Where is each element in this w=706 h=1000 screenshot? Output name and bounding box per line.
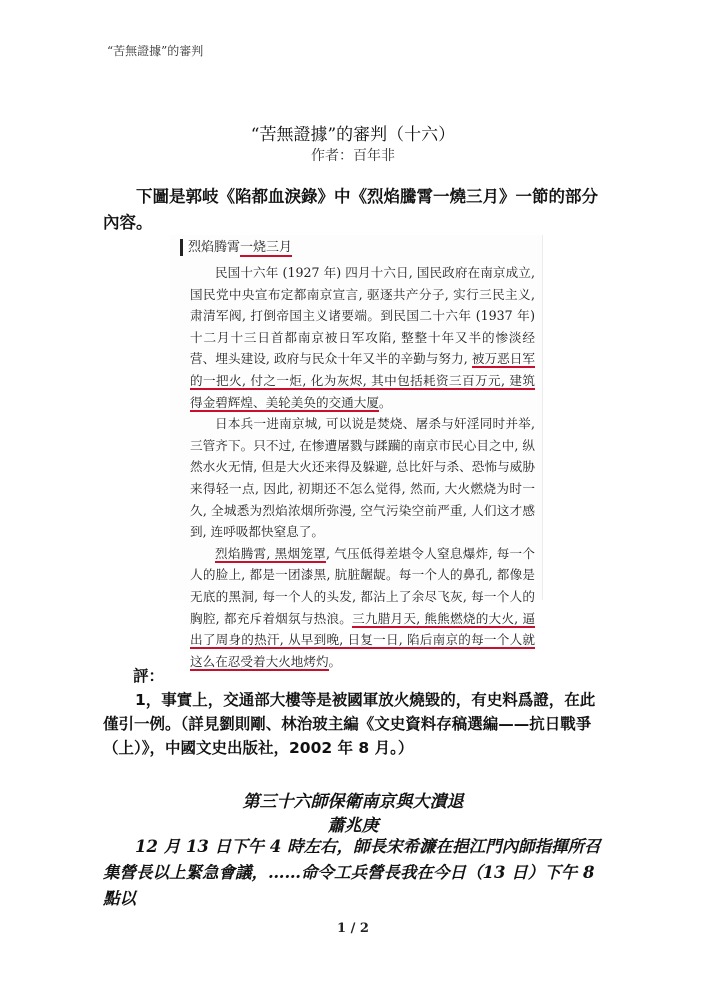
excerpt-title: 烈焰腾霄一烧三月 xyxy=(180,239,292,256)
page-number: 1 / 2 xyxy=(0,921,706,936)
excerpt-text: 。 xyxy=(379,395,392,410)
section-title: 第三十六師保衛南京與大潰退 xyxy=(0,787,706,812)
excerpt-paragraph-1: 民国十六年 (1927 年) 四月十六日, 国民政府在南京成立, 国民党中央宣布… xyxy=(190,262,535,413)
excerpt-title-underlined: 一烧三月 xyxy=(240,240,292,257)
review-label: 評： xyxy=(133,664,164,686)
intro-paragraph: 下圖是郭岐《陷都血淚錄》中《烈焰騰霄一燒三月》一節的部分內容。 xyxy=(103,184,603,236)
running-header: “苦無證據”的審判 xyxy=(107,42,203,59)
excerpt-highlight: 烈焰腾霄, 黑烟笼罩 xyxy=(215,546,326,563)
excerpt-title-plain: 烈焰腾霄 xyxy=(188,240,240,255)
document-page: “苦無證據”的審判 “苦無證據”的審判（十六） 作者：百年非 下圖是郭岐《陷都血… xyxy=(0,0,706,1000)
excerpt-body: 民国十六年 (1927 年) 四月十六日, 国民政府在南京成立, 国民党中央宣布… xyxy=(190,262,535,672)
section-paragraph: 12 月 13 日下午 4 時左右，師長宋希濂在挹江門內師指揮所召集營長以上緊急… xyxy=(103,834,609,912)
section-author: 蕭兆庚 xyxy=(0,811,706,836)
review-paragraph: 1，事實上，交通部大樓等是被國軍放火燒毀的，有史料爲證，在此僅引一例。（詳見劉則… xyxy=(103,688,609,760)
excerpt-text: 。 xyxy=(329,654,342,669)
excerpt-paragraph-2: 日本兵一进南京城, 可以说是焚烧、屠杀与奸淫同时并举, 三管齐下。只不过, 在惨… xyxy=(190,413,535,543)
page-title: “苦無證據”的審判（十六） xyxy=(0,120,706,145)
author-line: 作者：百年非 xyxy=(0,145,706,165)
scanned-excerpt-image: 烈焰腾霄一烧三月 民国十六年 (1927 年) 四月十六日, 国民政府在南京成立… xyxy=(170,235,543,600)
excerpt-paragraph-3: 烈焰腾霄, 黑烟笼罩, 气压低得差堪令人窒息爆炸, 每一个人的脸上, 都是一团漆… xyxy=(190,543,535,673)
